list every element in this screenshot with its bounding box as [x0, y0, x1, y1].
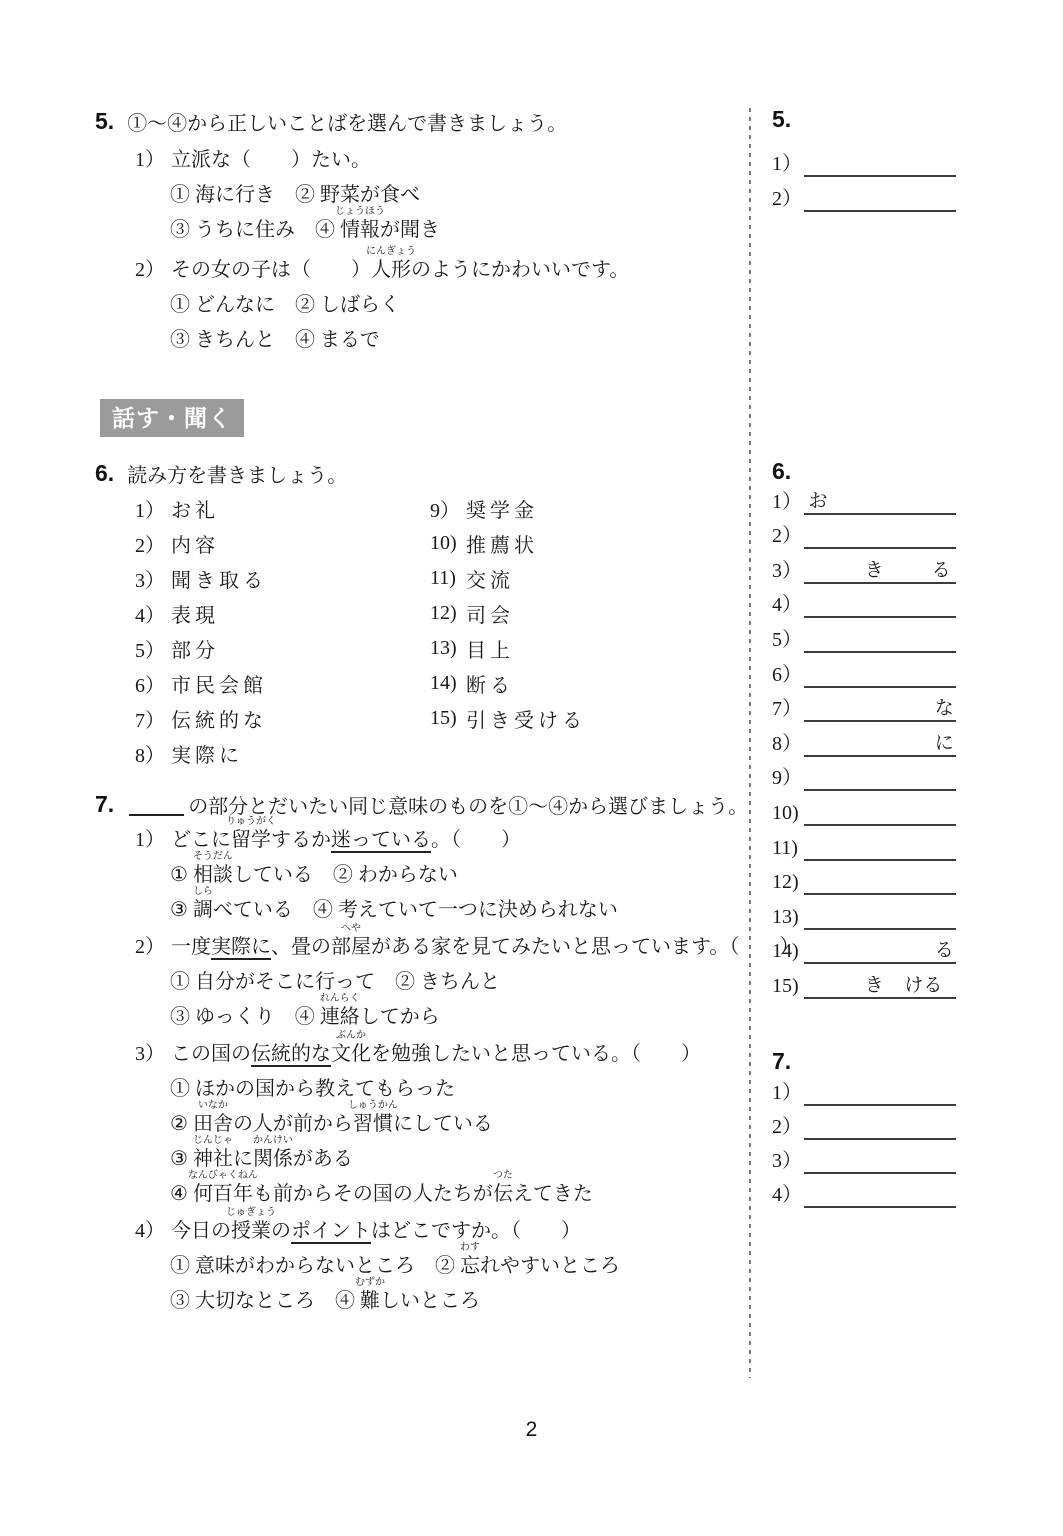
section-6-instruction: 読み方を書きましょう。 [127, 459, 347, 488]
section-7-header: 7. の部分とだいたい同じ意味のものを①～④から選びましょう。 [95, 787, 750, 821]
furigana-reading: つた [493, 1171, 513, 1181]
furigana-reading: わす [460, 1243, 480, 1253]
kanji-base: 関係 [253, 1148, 293, 1170]
answer-blank: に [804, 722, 956, 757]
item-number: 1） [135, 494, 171, 523]
answer-blank: きける [804, 964, 956, 999]
blank-line [129, 813, 184, 816]
s5-question-2: 2）その女の子は（ ）人形にんぎょうのようにかわいいです。① どんなに ② しば… [95, 253, 750, 358]
answer-number: 1） [772, 492, 804, 515]
option-line-2: ③ 大切なところ ④ 難むずかしいところ [95, 1284, 750, 1319]
item-term: 表現 [171, 599, 219, 628]
item-term: 司会 [466, 599, 514, 628]
option-line-2: ③ うちに住み ④ 情報じょうほうが聞き [95, 213, 750, 248]
question-text: 一度実際に、畳の部屋へやがある家を見てみたいと思っています。（ ） [171, 936, 799, 958]
kanji-base: 何百年 [193, 1183, 253, 1205]
furigana-reading: いなか [198, 1101, 228, 1111]
item-term: お礼 [171, 494, 219, 523]
answer-row: 9） [772, 757, 956, 792]
kanji-with-furigana: 留学りゅうがく [231, 823, 271, 858]
section-5-instruction: ①～④から正しいことばを選んで書きましょう。 [127, 107, 567, 136]
answer-group-5-rows: 1）2） [772, 142, 956, 212]
item-term: 奨学金 [466, 494, 538, 523]
kanji-base: 田舎 [193, 1113, 233, 1135]
answer-hint-kana: き [865, 976, 884, 995]
option-line-2: ③ ゆっくり ④ 連絡れんらくしてから [95, 1000, 750, 1035]
answer-number: 15) [772, 976, 804, 999]
section-7: 7. の部分とだいたい同じ意味のものを①～④から選びましょう。 1）どこに留学り… [95, 787, 750, 1319]
answer-row: 6） [772, 653, 956, 688]
item-number: 2） [135, 529, 171, 558]
answer-group-7-rows: 1）2）3）4） [772, 1072, 956, 1208]
kanji-with-furigana: 習慣しゅうかん [353, 1107, 393, 1142]
vocab-item: 9）奨学金 [430, 491, 586, 526]
answer-column: 5. 1）2） 6. 1）お2）3）きる4）5）6）7）な8）に9）10)11)… [772, 0, 956, 1536]
page-number: 2 [0, 1418, 1063, 1442]
answer-number: 2） [772, 189, 804, 212]
answer-group-6-rows: 1）お2）3）きる4）5）6）7）な8）に9）10)11)12)13)14)る1… [772, 480, 956, 999]
furigana-reading: ぶんか [336, 1031, 366, 1041]
question-text: 立派な（ ）たい。 [171, 149, 371, 171]
kanji-base: 神社 [193, 1148, 233, 1170]
kanji-base: 相談 [193, 864, 233, 886]
question-number: 2） [135, 259, 165, 281]
section-5-number: 5. [95, 108, 114, 135]
question-text: どこに留学りゅうがくするか迷っている。（ ） [171, 829, 521, 851]
s7-question-2: 2）一度実際に、畳の部屋へやがある家を見てみたいと思っています。（ ）① 自分が… [95, 930, 750, 1035]
vocab-item: 3）聞き取る [95, 561, 430, 596]
section-6-header: 6. 読み方を書きましょう。 [95, 456, 750, 490]
furigana-reading: しら [193, 887, 213, 897]
answer-row: 13) [772, 895, 956, 930]
answer-blank [804, 618, 956, 653]
item-number: 5） [135, 634, 171, 663]
furigana-reading: にんぎょう [366, 247, 416, 257]
option-line-1: ① 海に行き ② 野菜が食べ [95, 178, 750, 213]
item-number: 9） [430, 494, 466, 523]
answer-hint-kana: き [865, 561, 884, 580]
option-line-1: ① どんなに ② しばらく [95, 288, 750, 323]
vocab-item: 4）表現 [95, 596, 430, 631]
answer-row: 5） [772, 618, 956, 653]
vocab-column-left: 1）お礼2）内容3）聞き取る4）表現5）部分6）市民会館7）伝統的な8）実際に [95, 491, 430, 771]
question-prompt: 1）立派な（ ）たい。 [95, 143, 750, 178]
section-5: 5. ①～④から正しいことばを選んで書きましょう。 1）立派な（ ）たい。① 海… [95, 104, 750, 358]
answer-row: 1） [772, 142, 956, 177]
answer-row: 4） [772, 584, 956, 619]
answer-hint-kana: ける [904, 976, 942, 995]
kanji-base: 難 [360, 1290, 380, 1312]
section-7-number: 7. [95, 791, 114, 818]
kanji-base: 留学 [231, 829, 271, 851]
answer-hint-kana: な [935, 699, 954, 718]
furigana-reading: じんじゃ [193, 1136, 233, 1146]
item-number: 4） [135, 599, 171, 628]
furigana-reading: しゅうかん [348, 1101, 398, 1111]
item-number: 3） [135, 564, 171, 593]
kanji-base: 人形 [371, 259, 411, 281]
answer-blank [804, 826, 956, 861]
answer-row: 14)る [772, 930, 956, 965]
kanji-base: 伝 [493, 1183, 513, 1205]
answer-blank [804, 791, 956, 826]
answer-blank [804, 757, 956, 792]
answer-number: 3） [772, 561, 804, 584]
answer-hint-kana: に [935, 734, 954, 753]
question-prompt: 2）その女の子は（ ）人形にんぎょうのようにかわいいです。 [95, 253, 750, 288]
answer-row: 15)きける [772, 964, 956, 999]
vocab-item: 7）伝統的な [95, 701, 430, 736]
answer-number: 6） [772, 665, 804, 688]
vocab-item: 6）市民会館 [95, 666, 430, 701]
item-term: 市民会館 [171, 669, 267, 698]
item-term: 引き受ける [466, 704, 586, 733]
s7-question-1: 1）どこに留学りゅうがくするか迷っている。（ ）① 相談そうだんしている ② わ… [95, 823, 750, 928]
item-term: 実際に [171, 739, 243, 768]
vocab-item: 15)引き受ける [430, 701, 586, 736]
answer-number: 8） [772, 734, 804, 757]
kanji-with-furigana: 情報じょうほう [340, 213, 380, 248]
question-prompt: 3）この国の伝統的な文化ぶんかを勉強したいと思っている。（ ） [95, 1037, 750, 1072]
vocab-column-right: 9）奨学金10)推薦状11)交流12)司会13)目上14)断る15)引き受ける [430, 491, 586, 771]
s5-question-1: 1）立派な（ ）たい。① 海に行き ② 野菜が食べ③ うちに住み ④ 情報じょう… [95, 143, 750, 248]
question-number: 1） [135, 829, 165, 851]
item-term: 交流 [466, 564, 514, 593]
kanji-with-furigana: 難むずか [360, 1284, 380, 1319]
answer-number: 3） [772, 1151, 804, 1174]
item-term: 部分 [171, 634, 219, 663]
answer-number: 1） [772, 154, 804, 177]
answer-number: 2） [772, 526, 804, 549]
answer-blank [804, 1140, 956, 1174]
answer-number: 10) [772, 803, 804, 826]
kanji-with-furigana: 忘わす [460, 1249, 480, 1284]
underlined-phrase: 迷っている [331, 829, 431, 853]
answer-row: 4） [772, 1174, 956, 1208]
item-term: 断る [466, 669, 514, 698]
answer-number: 12) [772, 872, 804, 895]
answer-blank: る [804, 930, 956, 965]
vocab-item: 5）部分 [95, 631, 430, 666]
item-term: 聞き取る [171, 564, 267, 593]
question-text: 今日の授業じゅぎょうのポイントはどこですか。（ ） [171, 1220, 581, 1242]
vocab-list: 1）お礼2）内容3）聞き取る4）表現5）部分6）市民会館7）伝統的な8）実際に … [95, 491, 750, 771]
section-6: 6. 読み方を書きましょう。 1）お礼2）内容3）聞き取る4）表現5）部分6）市… [95, 456, 750, 771]
answer-blank: な [804, 688, 956, 723]
answer-blank [804, 1072, 956, 1106]
furigana-reading: へや [341, 924, 361, 934]
answer-blank [804, 653, 956, 688]
furigana-reading: なんびゃくねん [188, 1171, 258, 1181]
answer-blank [804, 142, 956, 177]
answer-row: 12) [772, 861, 956, 896]
item-number: 8） [135, 739, 171, 768]
furigana-reading: かんけい [253, 1136, 293, 1146]
vocab-item: 8）実際に [95, 736, 430, 771]
answer-row: 11) [772, 826, 956, 861]
answer-number: 4） [772, 595, 804, 618]
answer-blank [804, 1106, 956, 1140]
item-number: 12) [430, 602, 466, 625]
kanji-with-furigana: 調しら [193, 893, 213, 928]
kanji-with-furigana: 部屋へや [331, 930, 371, 965]
answer-row: 1）お [772, 480, 956, 515]
item-term: 目上 [466, 634, 514, 663]
section-band-speaking-listening: 話す・聞く [100, 399, 244, 437]
answer-row: 2） [772, 515, 956, 550]
item-term: 伝統的な [171, 704, 267, 733]
s7-question-4: 4）今日の授業じゅぎょうのポイントはどこですか。（ ）① 意味がわからないところ… [95, 1214, 750, 1319]
question-number: 2） [135, 936, 165, 958]
underlined-phrase: 伝統的な [251, 1043, 331, 1067]
question-text: その女の子は（ ）人形にんぎょうのようにかわいいです。 [171, 259, 629, 281]
answer-number: 9） [772, 768, 804, 791]
underlined-phrase: 実際に [211, 936, 271, 960]
kanji-with-furigana: 伝つた [493, 1177, 513, 1212]
answer-number: 1） [772, 1083, 804, 1106]
answer-blank [804, 895, 956, 930]
option-line-4: ④ 何百年なんびゃくねんも前からその国の人たちが伝つたえてきた [95, 1177, 750, 1212]
kanji-base: 部屋 [331, 936, 371, 958]
furigana-reading: りゅうがく [226, 817, 276, 827]
item-number: 13) [430, 637, 466, 660]
kanji-base: 連絡 [320, 1006, 360, 1028]
answer-row: 2） [772, 1106, 956, 1140]
s7-question-3: 3）この国の伝統的な文化ぶんかを勉強したいと思っている。（ ）① ほかの国から教… [95, 1037, 750, 1212]
furigana-reading: れんらく [320, 994, 360, 1004]
answer-number: 5） [772, 630, 804, 653]
vocab-item: 2）内容 [95, 526, 430, 561]
question-number: 1） [135, 149, 165, 171]
answer-number: 4） [772, 1185, 804, 1208]
kanji-base: 情報 [340, 219, 380, 241]
answer-blank [804, 861, 956, 896]
furigana-reading: むずか [355, 1278, 385, 1288]
vocab-item: 11)交流 [430, 561, 586, 596]
answer-blank: きる [804, 549, 956, 584]
vocab-item: 10)推薦状 [430, 526, 586, 561]
answer-row: 10) [772, 791, 956, 826]
section-7-questions: 1）どこに留学りゅうがくするか迷っている。（ ）① 相談そうだんしている ② わ… [95, 823, 750, 1319]
column-divider [749, 108, 751, 1378]
question-prompt: 4）今日の授業じゅぎょうのポイントはどこですか。（ ） [95, 1214, 750, 1249]
option-line-2: ③ きちんと ④ まるで [95, 323, 750, 358]
answer-row: 2） [772, 177, 956, 212]
vocab-item: 1）お礼 [95, 491, 430, 526]
vocab-item: 14)断る [430, 666, 586, 701]
worksheet-page: 5. ①～④から正しいことばを選んで書きましょう。 1）立派な（ ）たい。① 海… [0, 0, 1063, 1536]
question-text: この国の伝統的な文化ぶんかを勉強したいと思っている。（ ） [171, 1043, 701, 1065]
answer-row: 7）な [772, 688, 956, 723]
kanji-with-furigana: 文化ぶんか [331, 1037, 371, 1072]
answer-row: 1） [772, 1072, 956, 1106]
vocab-item: 12)司会 [430, 596, 586, 631]
kanji-base: 忘 [460, 1255, 480, 1277]
answer-blank: お [804, 480, 956, 515]
item-term: 推薦状 [466, 529, 538, 558]
item-number: 11) [430, 567, 466, 590]
item-number: 15) [430, 707, 466, 730]
answer-hint-kana: お [809, 492, 828, 511]
question-number: 4） [135, 1220, 165, 1242]
kanji-with-furigana: 人形にんぎょう [371, 253, 411, 288]
underlined-phrase: ポイント [291, 1220, 371, 1244]
kanji-with-furigana: 関係かんけい [253, 1142, 293, 1177]
vocab-item: 13)目上 [430, 631, 586, 666]
option-line-1: ① 意味がわからないところ ② 忘わすれやすいところ [95, 1249, 750, 1284]
answer-number: 14) [772, 941, 804, 964]
answer-blank [804, 1174, 956, 1208]
answer-row: 3）きる [772, 549, 956, 584]
answer-blank [804, 515, 956, 550]
item-term: 内容 [171, 529, 219, 558]
kanji-base: 文化 [331, 1043, 371, 1065]
section-7-instruction: の部分とだいたい同じ意味のものを①～④から選びましょう。 [127, 790, 748, 819]
kanji-base: 授業 [231, 1220, 271, 1242]
kanji-base: 習慣 [353, 1113, 393, 1135]
section-5-questions: 1）立派な（ ）たい。① 海に行き ② 野菜が食べ③ うちに住み ④ 情報じょう… [95, 143, 750, 358]
answer-blank [804, 177, 956, 212]
answer-group-7-number: 7. [772, 1048, 791, 1075]
item-number: 7） [135, 704, 171, 733]
question-prompt: 2）一度実際に、畳の部屋へやがある家を見てみたいと思っています。（ ） [95, 930, 750, 965]
answer-row: 3） [772, 1140, 956, 1174]
kanji-base: 調 [193, 899, 213, 921]
item-number: 10) [430, 532, 466, 555]
answer-group-5-number: 5. [772, 106, 791, 133]
furigana-reading: じょうほう [335, 207, 385, 217]
answer-row: 8）に [772, 722, 956, 757]
kanji-with-furigana: 授業じゅぎょう [231, 1214, 271, 1249]
section-5-header: 5. ①～④から正しいことばを選んで書きましょう。 [95, 104, 750, 138]
section-6-number: 6. [95, 460, 114, 487]
answer-number: 7） [772, 699, 804, 722]
option-line-2: ③ 調しらべている ④ 考えていて一つに決められない [95, 893, 750, 928]
item-number: 6） [135, 669, 171, 698]
answer-hint-kana: る [935, 941, 954, 960]
answer-blank [804, 584, 956, 619]
answer-number: 11) [772, 838, 804, 861]
option-line-1: ① ほかの国から教えてもらった [95, 1072, 750, 1107]
answer-hint-kana: る [932, 561, 951, 580]
furigana-reading: そうだん [193, 852, 233, 862]
question-number: 3） [135, 1043, 165, 1065]
item-number: 14) [430, 672, 466, 695]
option-line-1: ① 自分がそこに行って ② きちんと [95, 965, 750, 1000]
furigana-reading: じゅぎょう [226, 1208, 276, 1218]
answer-number: 2） [772, 1117, 804, 1140]
answer-number: 13) [772, 907, 804, 930]
